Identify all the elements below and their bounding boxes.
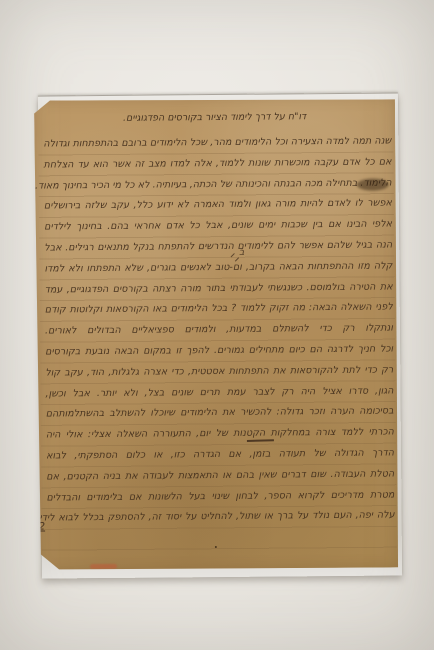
- red-smudge: [90, 564, 117, 569]
- handwriting-line: ונתקלו רק כדי להשתלם במדעות, ולמודים ספצ…: [45, 319, 393, 343]
- handwriting-line: עלה יפה, העם נולד על ברך או שתול, להחליט…: [40, 506, 395, 530]
- caret-insertion: ב: [231, 247, 244, 259]
- photo-background: { "photo": { "background_color": "#e9e6e…: [0, 0, 434, 650]
- handwriting-block: שנה תמה למדה הצעירה וכל הלימודים מהר, שכ…: [43, 131, 394, 529]
- ink-dot: [215, 546, 217, 548]
- letter-title: דו"ח על דרך לימוד הציור בקורסים הפדגוגיי…: [64, 107, 365, 130]
- paper-sheet: דו"ח על דרך לימוד הציור בקורסים הפדגוגיי…: [34, 97, 399, 570]
- page-number-mark: 2: [39, 522, 45, 533]
